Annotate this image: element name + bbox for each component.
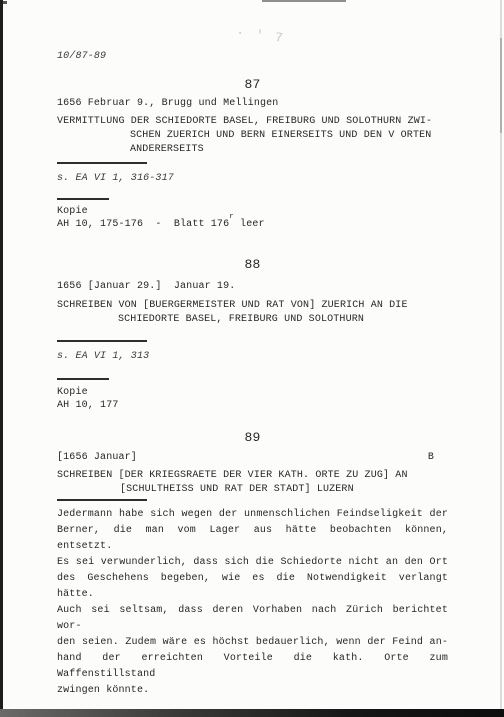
body-line: hand der erreichten Vorteile die kath. O… [57,651,448,683]
body-line: Berner, die man vom Lager aus hätte beob… [57,523,448,555]
shelfmark-text: leer [234,219,265,230]
entry-title-line: ANDERERSEITS [57,143,448,157]
shelfmark: AH 10, 175-176 - Blatt 176r leer [57,218,448,231]
entry-title-line: VERMITTLUNG DER SCHIEDORTE BASEL, FREIBU… [57,115,448,129]
entry-title: VERMITTLUNG DER SCHIEDORTE BASEL, FREIBU… [57,115,448,157]
page-content: 10/87-89 87 1656 Februar 9., Brugg und M… [57,0,448,699]
scan-edge-bottom [0,709,504,717]
body-line: des Geschehens begeben, wie es die Notwe… [57,571,448,603]
entry-title-line: [SCHULTHEISS UND RAT DER STADT] LUZERN [57,483,448,497]
entry-number: 89 [57,431,448,445]
body-line: Auch sei seltsam, dass deren Vorhaben na… [57,603,448,635]
entry-title-line: SCHREIBEN VON [BUERGERMEISTER UND RAT VO… [57,299,448,313]
entry-number: 87 [57,78,448,92]
entry-dateline: 1656 [Januar 29.] Januar 19. [57,280,448,293]
body-line: Jedermann habe sich wegen der unmenschli… [57,507,448,523]
divider-rule [57,499,147,501]
divider-rule [57,340,147,342]
copy-label: Kopie [57,386,448,399]
entry-88: 88 1656 [Januar 29.] Januar 19. SCHREIBE… [57,258,448,412]
source-reference: s. EA VI 1, 313 [57,350,448,363]
divider-rule [57,162,147,164]
shelfmark-text: AH 10, 175-176 - Blatt 176 [57,219,229,230]
source-reference: s. EA VI 1, 316-317 [57,172,448,185]
entry-title: SCHREIBEN VON [BUERGERMEISTER UND RAT VO… [57,299,448,327]
entry-body: Jedermann habe sich wegen der unmenschli… [57,507,448,699]
entry-title-line: SCHEN ZUERICH UND BERN EINERSEITS UND DE… [57,129,448,143]
entry-87: 87 1656 Februar 9., Brugg und Mellingen … [57,78,448,231]
body-line: den seien. Zudem wäre es höchst bedauerl… [57,635,448,651]
divider-rule [57,378,109,380]
entry-dateline-row: [1656 Januar] B [57,451,448,464]
entry-number: 88 [57,258,448,272]
shelfmark: AH 10, 177 [57,399,448,412]
page-reference: 10/87-89 [57,50,448,63]
body-line: zwingen könnte. [57,683,448,699]
body-line: Es sei verwunderlich, dass sich die Schi… [57,555,448,571]
divider-rule [57,198,109,200]
scanned-document-page: · ' 7 10/87-89 87 1656 Februar 9., Brugg… [0,0,504,717]
entry-89: 89 [1656 Januar] B SCHREIBEN [DER KRIEGS… [57,431,448,699]
copy-label: Kopie [57,205,448,218]
shelfmark-text: AH 10, 177 [57,400,119,411]
entry-title: SCHREIBEN [DER KRIEGSRAETE DER VIER KATH… [57,469,448,497]
scan-edge-left [0,0,3,717]
scan-edge-right-shadow [500,38,502,133]
entry-title-line: SCHREIBEN [DER KRIEGSRAETE DER VIER KATH… [57,469,448,483]
scan-speck [3,1,7,4]
entry-dateline: [1656 Januar] [57,451,137,464]
entry-title-line: SCHIEDORTE BASEL, FREIBURG UND SOLOTHURN [57,313,448,327]
shelfmark-superscript: r [229,213,234,221]
marginal-letter: B [428,451,434,464]
entry-dateline: 1656 Februar 9., Brugg und Mellingen [57,97,448,110]
